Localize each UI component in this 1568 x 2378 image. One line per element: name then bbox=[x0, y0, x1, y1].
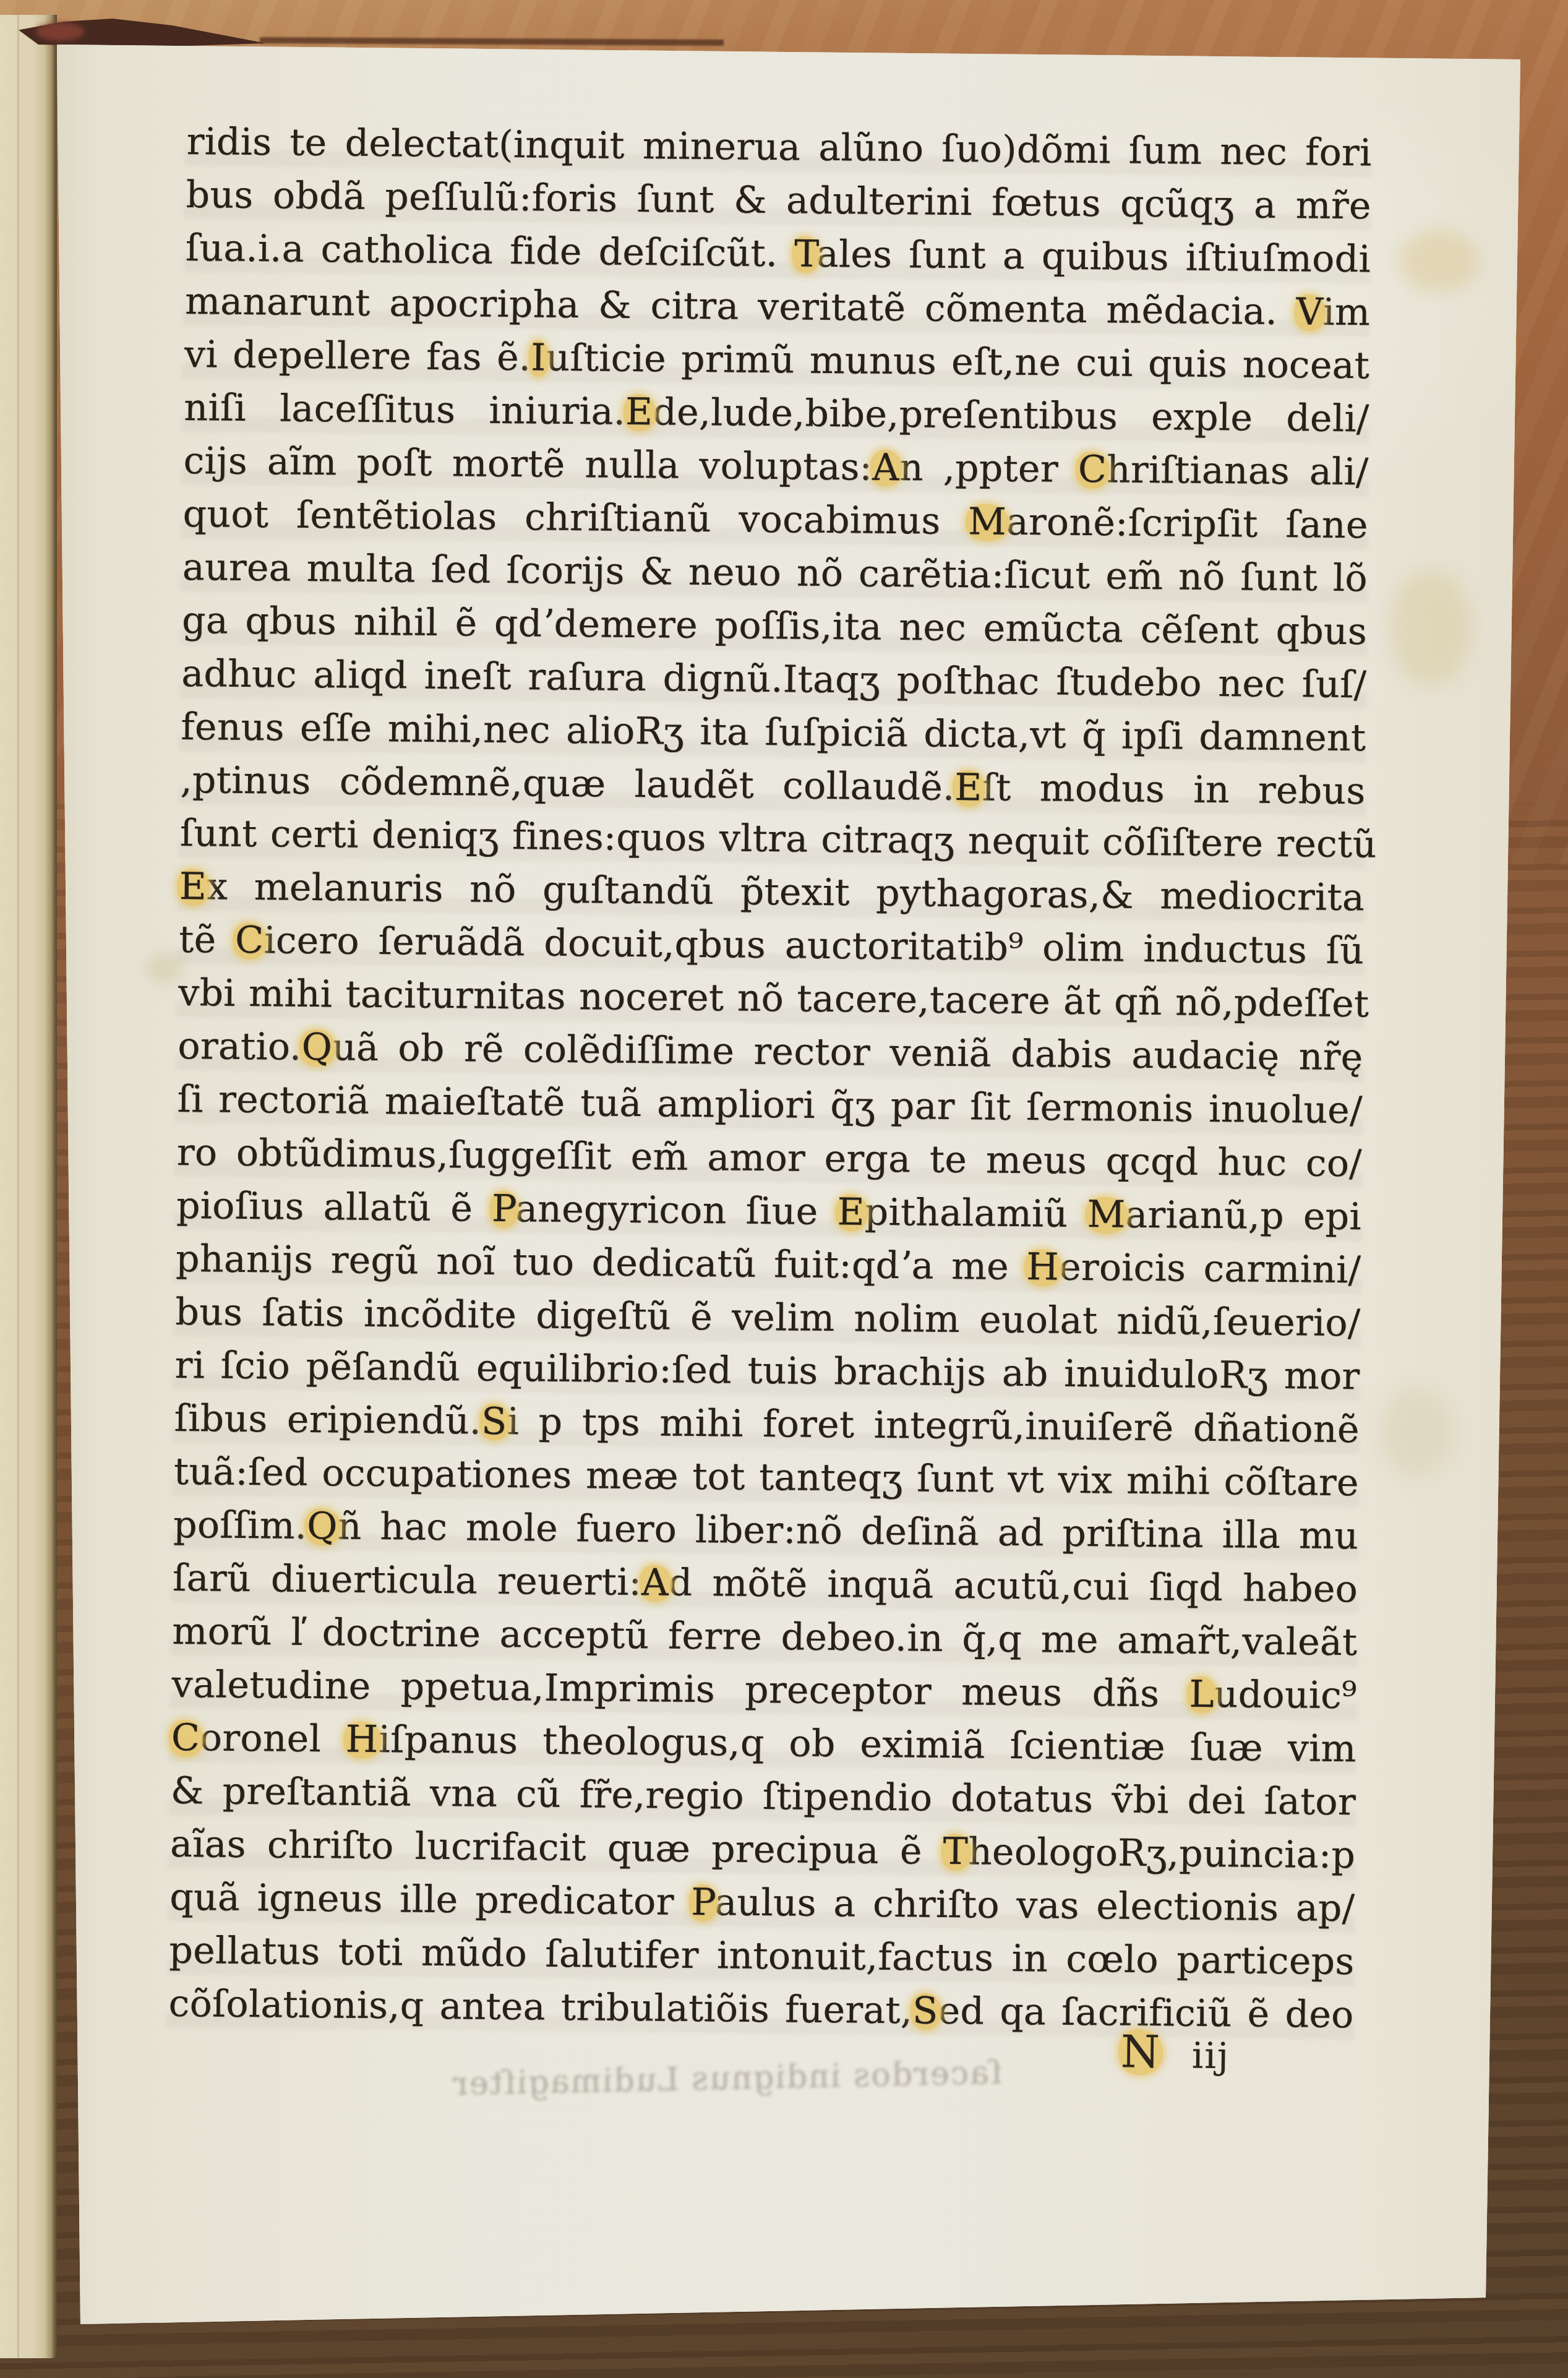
signature-number: iij bbox=[1192, 2035, 1230, 2077]
text-segment: bus obdã peſſulũ:foris ſunt & adulterini… bbox=[186, 173, 1371, 228]
rubricated-initial: T bbox=[794, 232, 816, 275]
paper-stain bbox=[1399, 230, 1480, 292]
rubricated-initial: S bbox=[481, 1400, 507, 1443]
rubricated-initial: T bbox=[943, 1830, 968, 1873]
text-segment: pithalamiũ bbox=[864, 1191, 1087, 1236]
text-segment: icero ſeruãdã docuit,qbus auctoritatib⁹ … bbox=[263, 919, 1364, 972]
text-segment: x melanuris nõ guſtandũ p̃texit pythagor… bbox=[207, 865, 1365, 919]
text-segment: ñ hac mole fuero liber:nõ deſinã ad priſ… bbox=[337, 1504, 1358, 1558]
rubricated-initial: A bbox=[872, 446, 899, 489]
text-segment: de,lude,bibe,preſentibus exple deli/ bbox=[653, 390, 1369, 440]
text-segment: arianũ,p epi bbox=[1125, 1193, 1361, 1239]
rubricated-initial: H bbox=[1026, 1245, 1059, 1289]
text-segment: morũ ľ doctrine acceptũ ferre debeo.in q… bbox=[172, 1610, 1358, 1664]
text-segment: hriſtianas ali/ bbox=[1107, 448, 1369, 494]
rubricated-initial: E bbox=[954, 766, 982, 809]
text-segment: bus ſatis incõdite digeſtũ ẽ velim nolim… bbox=[175, 1290, 1361, 1345]
facing-leaf-edge bbox=[0, 15, 57, 2358]
text-segment: ſt modus in rebus bbox=[982, 766, 1366, 813]
rubricated-initial: S bbox=[912, 1989, 938, 2032]
text-segment: vbi mihi taciturnitas noceret nõ tacere,… bbox=[178, 971, 1369, 1026]
text-segment: ro obtũdimus,ſuggeſſit em̃ amor erga te … bbox=[177, 1131, 1363, 1185]
rubricated-initial: Q bbox=[301, 1026, 332, 1069]
text-segment: manarunt apocripha & citra veritatẽ cõme… bbox=[185, 280, 1296, 333]
text-segment: valetudine ppetua,Imprimis preceptor meu… bbox=[171, 1663, 1189, 1716]
text-segment: & preſtantiã vna cũ fr̃e,regio ſtipendio… bbox=[171, 1769, 1356, 1824]
rubricated-initial: E bbox=[179, 865, 207, 908]
text-segment: oronel bbox=[200, 1716, 346, 1761]
rubricated-initial: E bbox=[837, 1190, 865, 1234]
text-segment: quot ſentẽtiolas chriſtianũ vocabimus bbox=[182, 492, 968, 543]
paper-stain bbox=[1390, 569, 1471, 687]
text-segment: heologoRʒ,puincia:p bbox=[968, 1830, 1356, 1877]
rubricated-initial: P bbox=[691, 1881, 715, 1924]
verso-showthrough-text: ſacerdos indignus Ludimagiſter bbox=[322, 2051, 1133, 2105]
text-segment: fenus eſſe mihi,nec alioRʒ ita ſuſpiciã … bbox=[181, 705, 1366, 760]
text-segment: aronẽ:ſcripſit ſane bbox=[1006, 500, 1368, 547]
text-segment: ales ſunt a quibus iſtiuſmodi bbox=[816, 233, 1371, 281]
text-segment: vi depellere fas ẽ. bbox=[184, 333, 531, 379]
rubricated-initial: Q bbox=[307, 1504, 338, 1548]
rubricated-initial: C bbox=[1077, 448, 1107, 491]
rubricated-initial: E bbox=[625, 390, 653, 434]
text-segment: ri ſcio pẽſandũ equilibrio:ſed tuis brac… bbox=[174, 1344, 1360, 1398]
text-segment: phanijs regũ noĩ tuo dedicatũ fuit:qdʼa … bbox=[176, 1237, 1027, 1289]
text-segment: i p tps mihi foret integrũ,inuiſerẽ dñat… bbox=[507, 1400, 1360, 1451]
text-segment: cõſolationis,q antea tribulatiõis fuerat… bbox=[168, 1982, 912, 2033]
text-segment: adhuc aliqd ineſt raſura dignũ.Itaqʒ poſ… bbox=[181, 652, 1367, 706]
text-segment: tuã:ſed occupationes meæ tot tanteqʒ ſun… bbox=[174, 1450, 1360, 1504]
text-segment: uſticie primũ munus eſt,ne cui quis noce… bbox=[546, 337, 1369, 388]
text-segment: aĩas chriſto lucrifacit quæ precipua ẽ bbox=[170, 1822, 943, 1873]
photograph-of-book-on-table: { "scene": { "description_colors": { "wo… bbox=[0, 0, 1568, 2378]
text-segment: quã igneus ille predicator bbox=[169, 1876, 692, 1924]
text-segment: pioſius allatũ ẽ bbox=[176, 1184, 492, 1230]
text-segment: oratio. bbox=[178, 1024, 302, 1069]
book-head-edge-stain bbox=[36, 22, 84, 41]
text-segment: d mõtẽ inquã acutũ,cui ſiqd habeo bbox=[668, 1561, 1358, 1612]
text-segment: ſua.i.a catholica fide deſciſcũt. bbox=[186, 226, 795, 275]
printed-text-block: ridis te delectat(inquit minerua alũno ſ… bbox=[168, 115, 1372, 2041]
paper-stain bbox=[1379, 1386, 1454, 1479]
rubricated-initial: V bbox=[1296, 290, 1322, 333]
text-segment: iſpanus theologus,q ob eximiã ſcientiæ ſ… bbox=[378, 1718, 1356, 1771]
rubricated-initial: P bbox=[492, 1187, 516, 1230]
text-segment: ſarũ diuerticula reuerti: bbox=[173, 1556, 641, 1604]
text-segment: eroicis carmini/ bbox=[1059, 1246, 1361, 1292]
text-segment: tẽ bbox=[179, 918, 236, 962]
rubricated-initial: A bbox=[641, 1561, 669, 1604]
book-page: ridis te delectat(inquit minerua alũno ſ… bbox=[0, 0, 1568, 2378]
rubricated-initial: C bbox=[235, 919, 264, 962]
text-segment: aulus a chriſto vas electionis ap/ bbox=[714, 1881, 1355, 1930]
text-segment: im bbox=[1322, 291, 1370, 335]
rubricated-initial: M bbox=[968, 500, 1006, 544]
text-segment: poſſim. bbox=[173, 1503, 307, 1548]
text-segment: udouic⁹ bbox=[1214, 1673, 1356, 1717]
text-segment: pellatus toti mũdo ſalutifer intonuit,fa… bbox=[169, 1929, 1355, 1983]
rubricated-initial: M bbox=[1087, 1193, 1125, 1237]
text-segment: ridis te delectat(inquit minerua alũno ſ… bbox=[186, 120, 1372, 174]
text-segment: ſi rectoriã maieſtatẽ tuã ampliori q̃ʒ p… bbox=[177, 1078, 1363, 1132]
text-segment: ga qbus nihil ẽ qdʼdemere poſſis,ita nec… bbox=[182, 599, 1368, 653]
text-segment: n ,ppter bbox=[899, 446, 1079, 491]
text-segment: ſibus eripiendũ. bbox=[174, 1397, 481, 1443]
text-segment: anegyricon ſiue bbox=[515, 1187, 838, 1234]
text-segment: niſi laceſſitus iniuria. bbox=[184, 386, 625, 434]
quire-signature: Niij bbox=[1121, 2025, 1319, 2079]
text-segment: aurea multa ſed ſcorijs & neuo nõ carẽti… bbox=[182, 546, 1368, 600]
rubricated-initial: H bbox=[346, 1718, 379, 1762]
rubricated-initial: L bbox=[1189, 1673, 1214, 1716]
text-segment: ,ptinus cõdemnẽ,quæ laudẽt collaudẽ. bbox=[180, 758, 954, 809]
text-segment: ſunt certi deniqʒ fines:quos vltra citra… bbox=[180, 812, 1377, 867]
text-segment: uã ob rẽ colẽdiſſime rector veniã dabis … bbox=[332, 1026, 1363, 1079]
rubricated-initial: C bbox=[171, 1716, 200, 1759]
text-segment: cijs aĩm poſt mortẽ nulla voluptas: bbox=[183, 439, 872, 489]
rubricated-initial: I bbox=[531, 336, 546, 379]
